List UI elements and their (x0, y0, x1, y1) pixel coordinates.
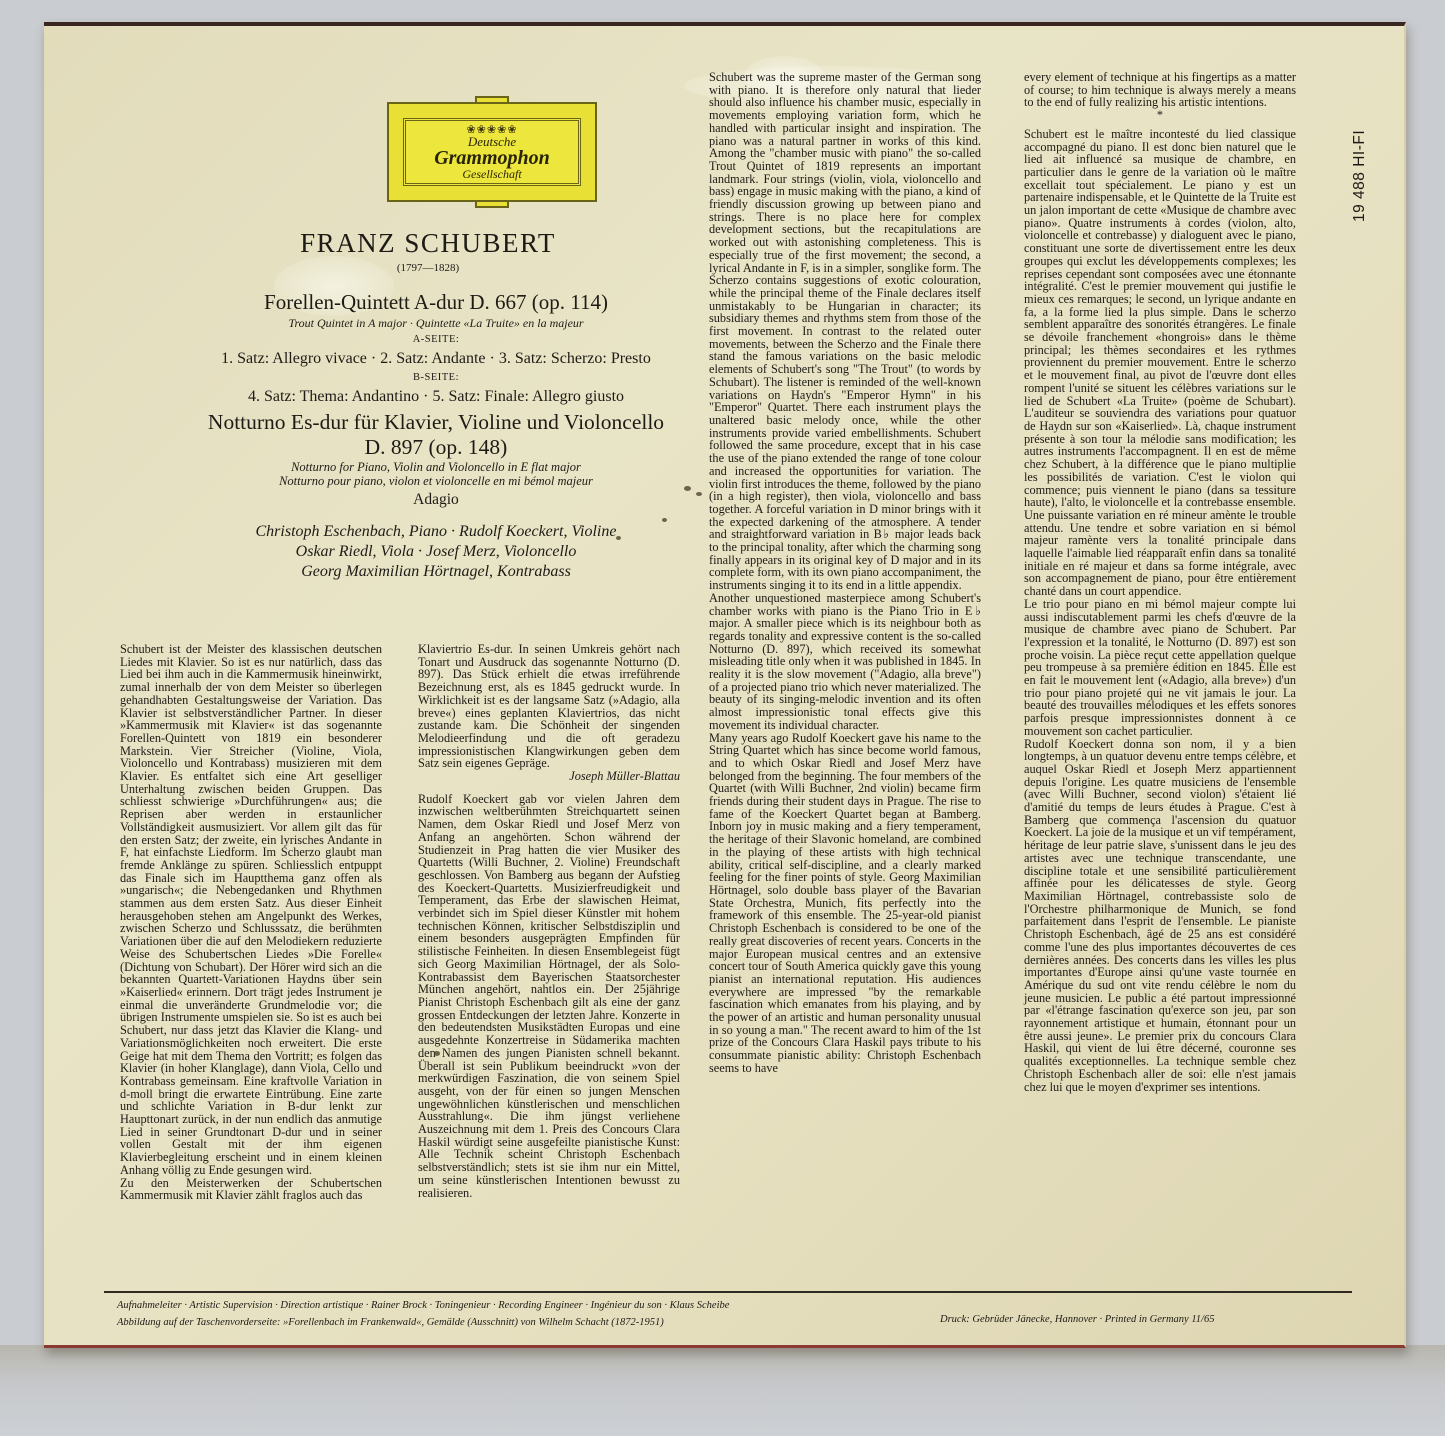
notes-paragraph: Another unquestioned masterpiece among S… (709, 592, 981, 732)
side-b-movements: 4. Satz: Thema: Andantino · 5. Satz: Fin… (182, 388, 690, 406)
credits-line: Abbildung auf der Taschenvorderseite: »F… (117, 1314, 729, 1331)
notes-english-french-column: every element of technique at his finger… (1024, 71, 1296, 1093)
notes-paragraph: Schubert ist der Meister des klassischen… (120, 643, 382, 1177)
notes-paragraph: Rudolf Koeckert donna son nom, il y a bi… (1024, 738, 1296, 1094)
stain (616, 536, 621, 540)
side-b-label: B-SEITE: (182, 368, 690, 388)
credits: Aufnahmeleiter · Artistic Supervision · … (117, 1297, 729, 1331)
background-surface (0, 1345, 1445, 1436)
work1-title: Forellen-Quintett A-dur D. 667 (op. 114) (182, 288, 690, 316)
stain (684, 486, 691, 491)
notes-german-column-1: Schubert ist der Meister des klassischen… (120, 643, 382, 1202)
notes-author: Joseph Müller-Blattau (418, 770, 680, 783)
record-sleeve-back: ❀❀❀❀❀ Deutsche Grammophon Gesellschaft F… (44, 22, 1406, 1348)
work2-catalog: D. 897 (op. 148) (182, 435, 690, 460)
notes-paragraph: Zu den Meisterwerken der Schubertschen K… (120, 1177, 382, 1202)
separator-star: * (1024, 109, 1296, 122)
notes-paragraph: Klaviertrio Es-dur. In seinen Umkreis ge… (418, 643, 680, 770)
performer-line: Oskar Riedl, Viola · Josef Merz, Violonc… (182, 542, 690, 562)
logo-tab (475, 200, 509, 208)
notes-paragraph: Schubert was the supreme master of the G… (709, 71, 981, 592)
work1-subtitle: Trout Quintet in A major · Quintette «La… (182, 316, 690, 330)
notes-english-column: Schubert was the supreme master of the G… (709, 71, 981, 1075)
logo-frame: ❀❀❀❀❀ Deutsche Grammophon Gesellschaft (387, 102, 597, 202)
catalog-number: 19 488 HI-FI (1351, 130, 1369, 222)
notes-paragraph: Schubert est le maître incontesté du lie… (1024, 128, 1296, 598)
notes-paragraph: Le trio pour piano en mi bémol majeur co… (1024, 598, 1296, 738)
notes-german-column-2: Klaviertrio Es-dur. In seinen Umkreis ge… (418, 643, 680, 1199)
stain (662, 518, 667, 522)
side-a-label: A-SEITE: (182, 330, 690, 350)
stain (434, 1051, 440, 1056)
notes-paragraph: every element of technique at his finger… (1024, 71, 1296, 109)
logo-line-2: Grammophon (434, 148, 550, 168)
composer-name: FRANZ SCHUBERT (166, 226, 690, 260)
footer-divider (104, 1291, 1352, 1293)
notes-paragraph: Many years ago Rudolf Koeckert gave his … (709, 732, 981, 1075)
program-header: FRANZ SCHUBERT (1797—1828) Forellen-Quin… (130, 226, 690, 582)
work2-title: Notturno Es-dur für Klavier, Violine und… (182, 410, 690, 435)
composer-dates: (1797—1828) (166, 260, 690, 276)
dg-logo: ❀❀❀❀❀ Deutsche Grammophon Gesellschaft (387, 96, 597, 208)
performer-line: Christoph Eschenbach, Piano · Rudolf Koe… (182, 522, 690, 542)
work2-subtitle-en: Notturno for Piano, Violin and Violoncel… (182, 460, 690, 474)
performer-line: Georg Maximilian Hörtnagel, Kontrabass (182, 562, 690, 582)
printer-credit: Druck: Gebrüder Jänecke, Hannover · Prin… (940, 1314, 1214, 1325)
work2-tempo: Adagio (182, 488, 690, 512)
logo-cartouche: ❀❀❀❀❀ Deutsche Grammophon Gesellschaft (403, 118, 581, 186)
logo-line-1: Deutsche (468, 135, 516, 148)
logo-line-3: Gesellschaft (462, 168, 521, 180)
stain (696, 492, 702, 496)
credits-line: Aufnahmeleiter · Artistic Supervision · … (117, 1297, 729, 1314)
work2-subtitle-fr: Notturno pour piano, violon et violoncel… (182, 474, 690, 488)
notes-paragraph: Rudolf Koeckert gab vor vielen Jahren de… (418, 793, 680, 1200)
tulip-crown-icon: ❀❀❀❀❀ (466, 125, 517, 135)
performers-list: Christoph Eschenbach, Piano · Rudolf Koe… (182, 522, 690, 582)
side-a-movements: 1. Satz: Allegro vivace · 2. Satz: Andan… (182, 350, 690, 368)
